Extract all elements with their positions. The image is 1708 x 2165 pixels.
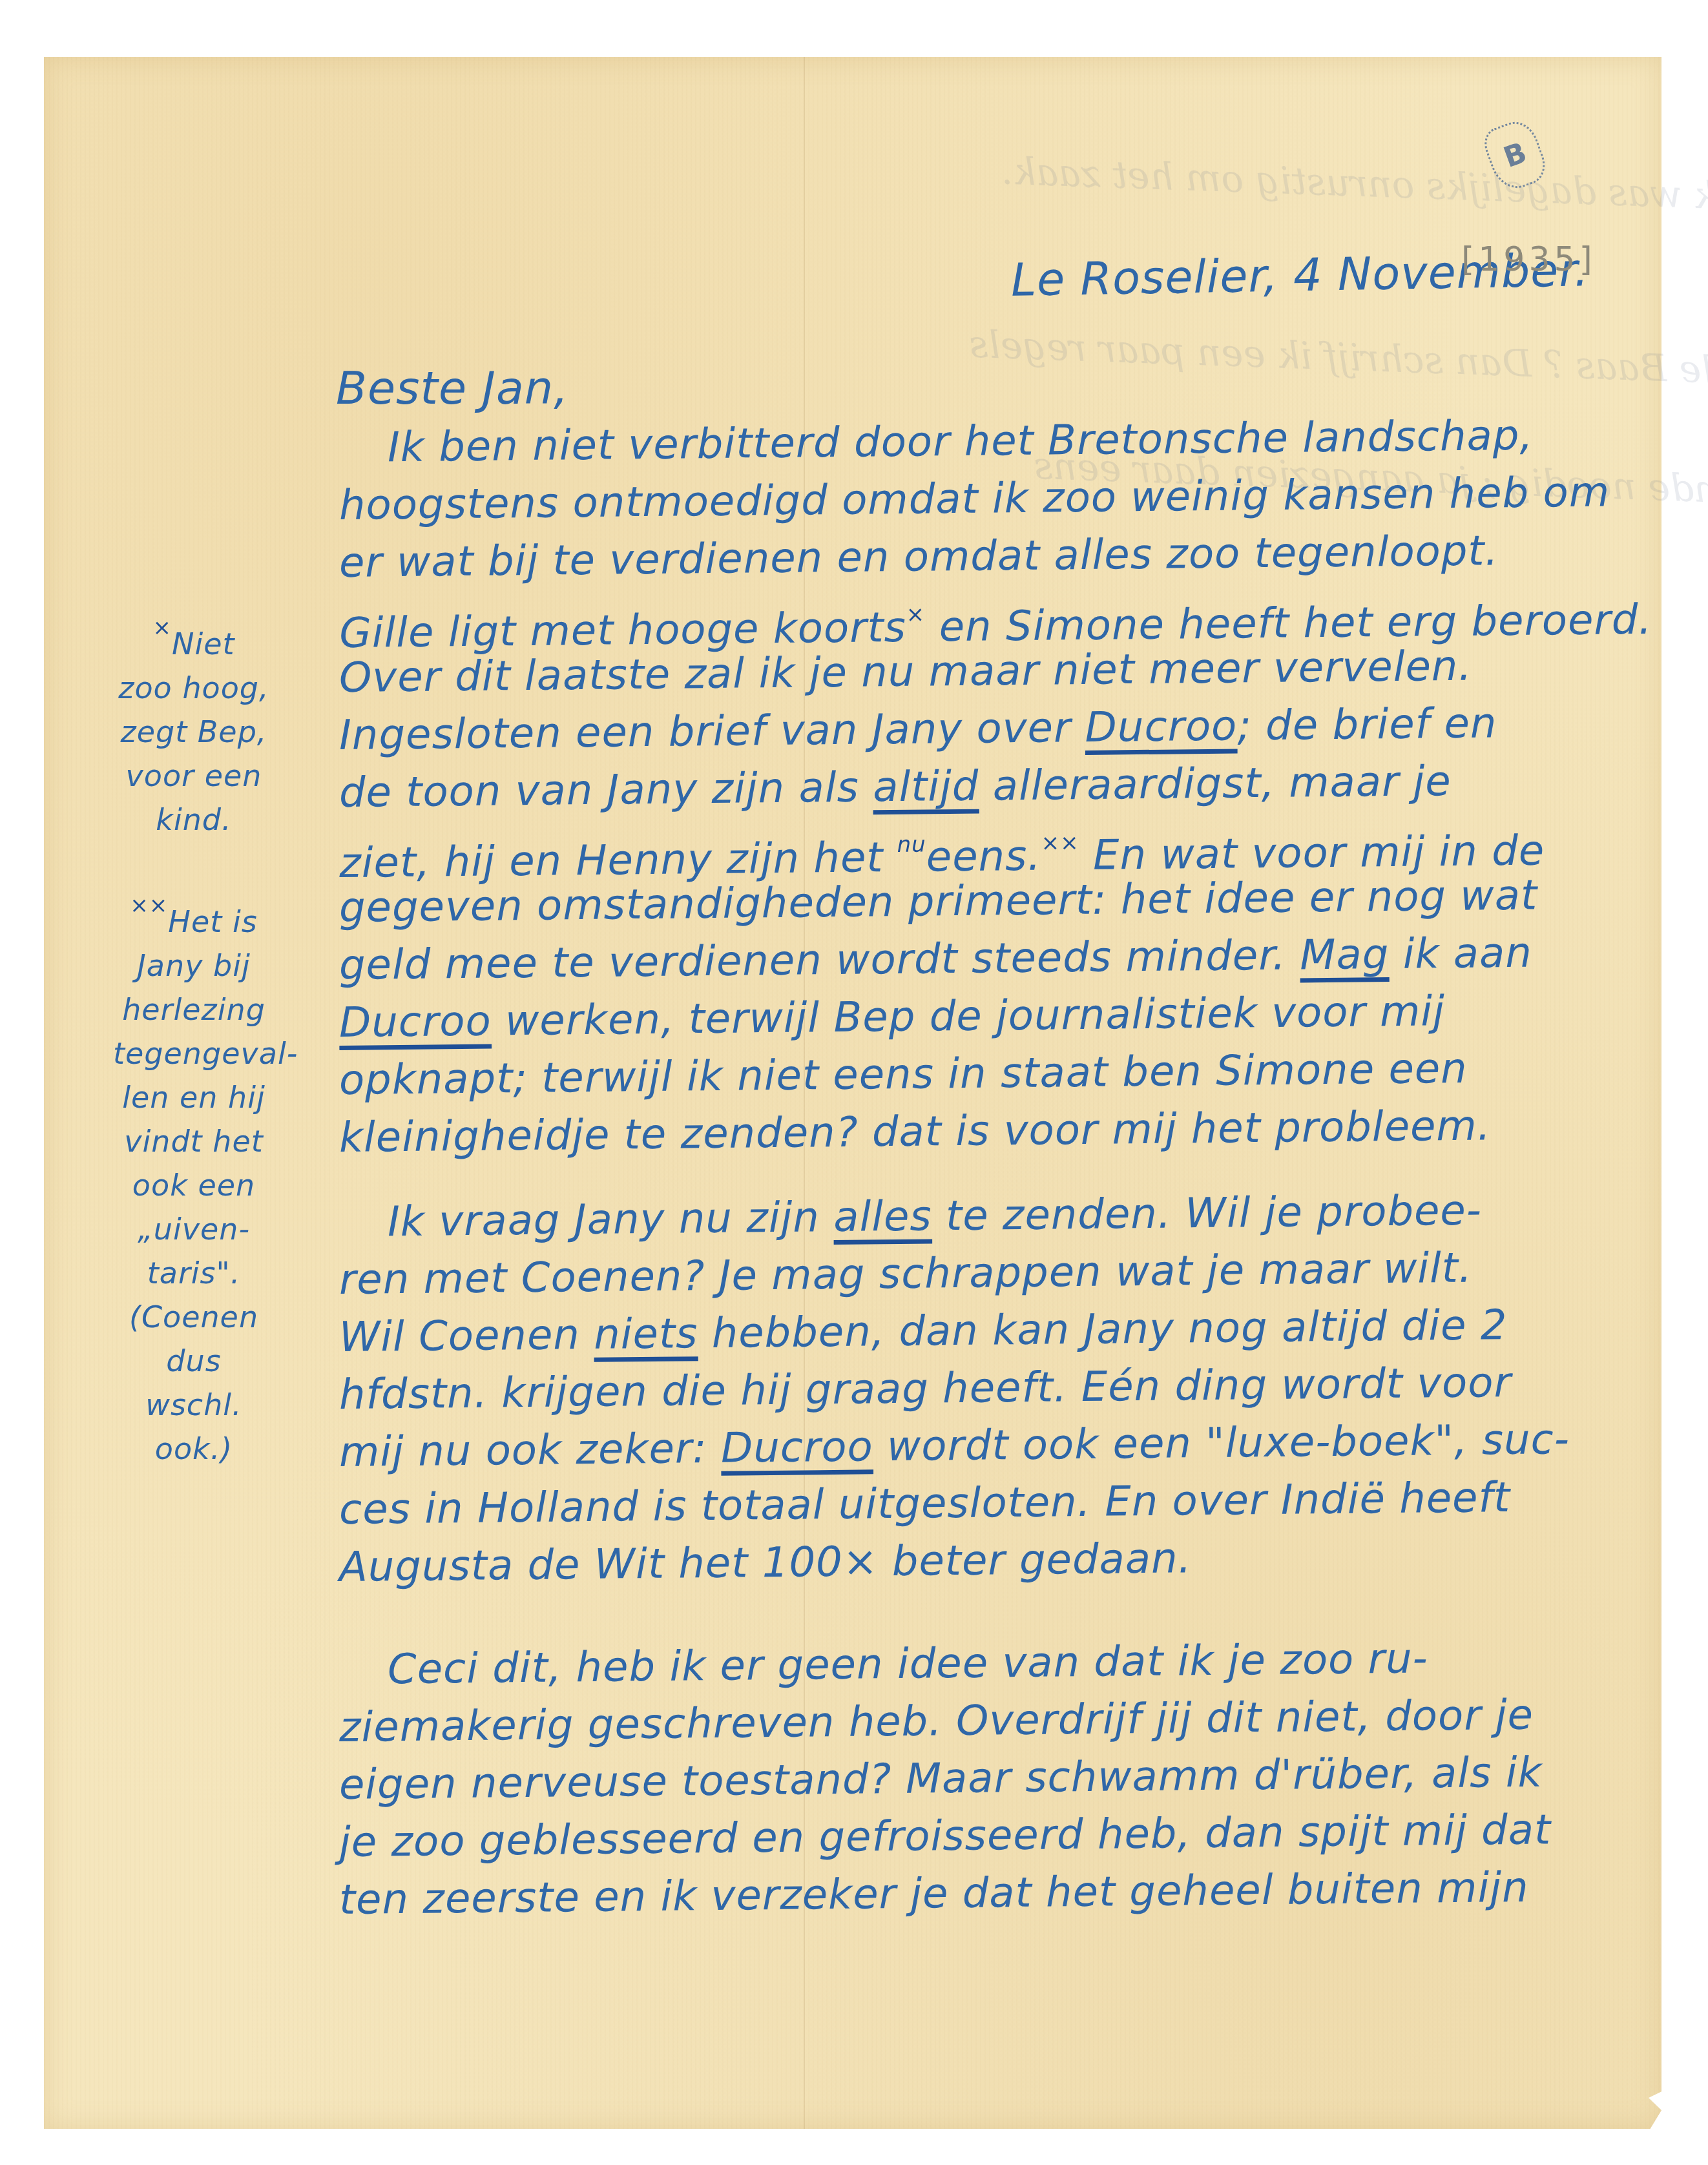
insertion-nu: nu — [897, 831, 926, 857]
underlined-word-altijd: altijd — [873, 763, 979, 812]
letter-body: Ik ben niet verbitterd door het Bretonsc… — [339, 420, 1657, 1929]
footnote-marker-double: ×× — [1041, 830, 1079, 856]
margin-note-single-x: ×Niet zoo hoog, zegt Bep, voor een kind. — [113, 562, 275, 842]
stamp-letter: B — [1499, 136, 1531, 174]
underlined-title-ducroo: Ducroo — [721, 1423, 873, 1472]
margin-note-marker: × — [152, 615, 172, 641]
margin-note-text: Niet zoo hoog, zegt Bep, voor een kind. — [118, 627, 269, 837]
underlined-word-alles: alles — [833, 1192, 932, 1241]
archival-year-note: [1935] — [1461, 240, 1596, 279]
underlined-word-mag: Mag — [1300, 931, 1390, 979]
margin-note-text: Het is Jany bij herlezing tegengeval- le… — [113, 904, 298, 1466]
underlined-word-niets: niets — [594, 1310, 698, 1359]
underlined-title-ducroo: Ducroo — [339, 998, 492, 1047]
footnote-marker-single: × — [906, 602, 926, 628]
margin-note-double-x: ××Het is Jany bij herlezing tegengeval- … — [113, 840, 275, 1471]
underlined-title-ducroo: Ducroo — [1085, 702, 1237, 751]
letter-greeting: Beste Jan, — [336, 362, 568, 415]
margin-note-marker: ×× — [130, 893, 168, 918]
